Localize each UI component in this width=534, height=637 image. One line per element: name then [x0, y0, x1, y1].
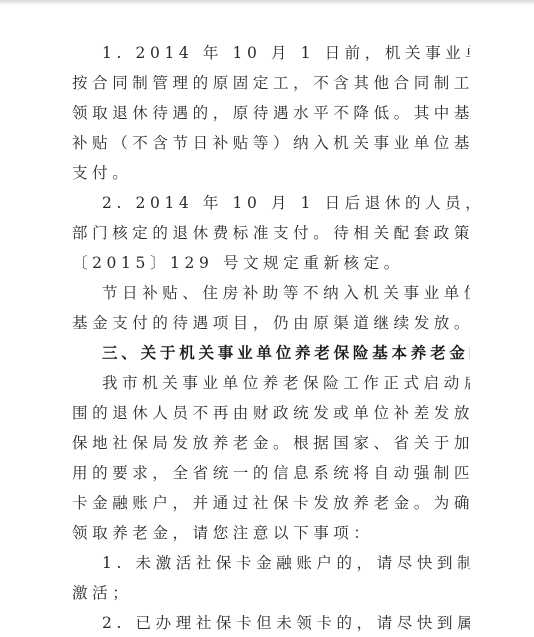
text-line: 〔2015〕129 号文规定重新核定。: [72, 248, 470, 278]
text-line: 部门核定的退休费标准支付。待相关配套政策出台后，按粤府: [72, 218, 470, 248]
document-page: 1. 2014 年 10 月 1 日前，机关事业单位编制内工作人员（含 按合同制…: [72, 38, 470, 637]
paragraph-holiday-subsidy: 节日补贴、住房补助等不纳入机关事业单位基本养老保险 基金支付的待遇项目，仍由原渠…: [72, 278, 470, 338]
text-line: 保地社保局发放养老金。根据国家、省关于加快推进社保卡应: [72, 428, 470, 458]
text-line: 卡金融账户，并通过社保卡发放养老金。为确保您能按时足额: [72, 488, 470, 518]
page-top-shadow: [0, 0, 534, 5]
text-line: 节日补贴、住房补助等不纳入机关事业单位基本养老保险: [72, 278, 470, 308]
paragraph-item-2: 2. 2014 年 10 月 1 日后退休的人员，其待遇暂按人社工资 部门核定的…: [72, 188, 470, 278]
text-line: 1. 未激活社保卡金融账户的，请尽快到制卡银行网点申请: [72, 548, 470, 578]
heading-text: 三、关于机关事业单位养老保险基本养老金的发放方式: [72, 338, 470, 368]
paragraph-notice-item-2: 2. 已办理社保卡但未领卡的，请尽快到属地社保经办机构: [72, 608, 470, 637]
text-line: 按合同制管理的原固定工，不含其他合同制工人）已经退休并: [72, 68, 470, 98]
text-line: 补贴（不含节日补贴等）纳入机关事业单位基本养老保险基金: [72, 128, 470, 158]
text-line: 支付。: [72, 158, 470, 188]
paragraph-pension-payment: 我市机关事业单位养老保险工作正式启动后，纳入改革范 围的退休人员不再由财政统发或…: [72, 368, 470, 548]
text-line: 用的要求，全省统一的信息系统将自动强制匹配参保人的社保: [72, 458, 470, 488]
text-line: 基金支付的待遇项目，仍由原渠道继续发放。: [72, 308, 470, 338]
text-line: 激活；: [72, 578, 470, 608]
text-line: 围的退休人员不再由财政统发或单位补差发放退休费，转由参: [72, 398, 470, 428]
text-line: 2. 2014 年 10 月 1 日后退休的人员，其待遇暂按人社工资: [72, 188, 470, 218]
paragraph-item-1: 1. 2014 年 10 月 1 日前，机关事业单位编制内工作人员（含 按合同制…: [72, 38, 470, 188]
text-line: 1. 2014 年 10 月 1 日前，机关事业单位编制内工作人员（含: [72, 38, 470, 68]
text-line: 我市机关事业单位养老保险工作正式启动后，纳入改革范: [72, 368, 470, 398]
text-line: 领取养老金，请您注意以下事项：: [72, 518, 470, 548]
section-heading: 三、关于机关事业单位养老保险基本养老金的发放方式: [72, 338, 470, 368]
text-line: 2. 已办理社保卡但未领卡的，请尽快到属地社保经办机构: [72, 608, 470, 637]
paragraph-notice-item-1: 1. 未激活社保卡金融账户的，请尽快到制卡银行网点申请 激活；: [72, 548, 470, 608]
text-line: 领取退休待遇的，原待遇水平不降低。其中基本退休费、退休: [72, 98, 470, 128]
